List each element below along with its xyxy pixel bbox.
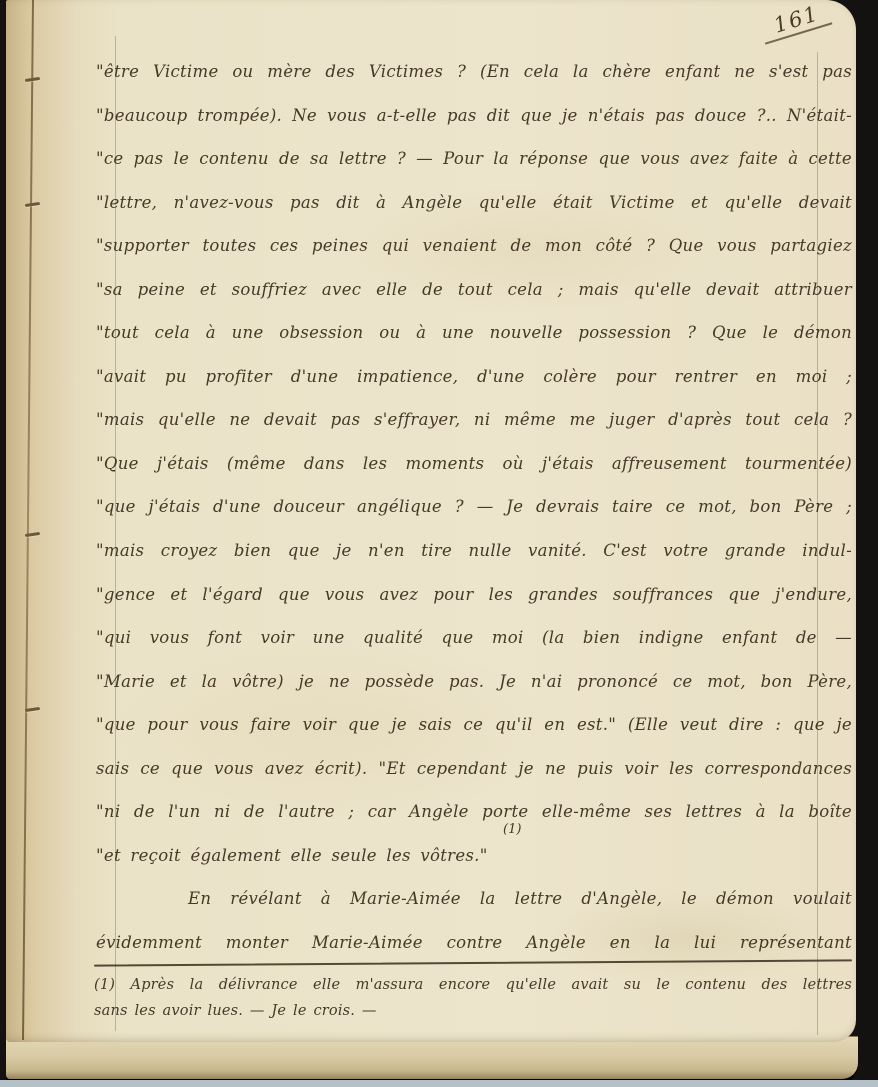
manuscript-line: "que pour vous faire voir que je sais ce…	[96, 703, 852, 747]
manuscript-line: "tout cela à une obsession ou à une nouv…	[96, 311, 852, 355]
desk-surface	[0, 1080, 878, 1087]
manuscript-line: "sa peine et souffriez avec elle de tout…	[96, 268, 852, 312]
stitch-mark	[25, 532, 40, 537]
manuscript-line: sais ce que vous avez écrit). "Et cepend…	[96, 747, 852, 791]
stitch-mark	[25, 202, 40, 207]
manuscript-line: "mais croyez bien que je n'en tire nulle…	[96, 529, 852, 573]
page-edge-band	[6, 1036, 858, 1079]
photographed-notebook-scene: { "page": { "number": "161", "footnote_m…	[0, 0, 878, 1087]
manuscript-line: "qui vous font voir une qualité que moi …	[96, 616, 852, 660]
manuscript-line: évidemment monter Marie-Aimée contre Ang…	[96, 921, 852, 965]
manuscript-line: "gence et l'égard que vous avez pour les…	[96, 573, 852, 617]
manuscript-line: "ce pas le contenu de sa lettre ? — Pour…	[96, 137, 852, 181]
manuscript-line: "mais qu'elle ne devait pas s'effrayer, …	[96, 398, 852, 442]
manuscript-line: "Marie et la vôtre) je ne possède pas. J…	[96, 660, 852, 704]
manuscript-line: "Que j'étais (même dans les moments où j…	[96, 442, 852, 486]
binding-crease	[22, 0, 34, 1040]
footnote-marker: (1)	[503, 822, 521, 837]
footnote-line: sans les avoir lues. — Je le crois. —	[94, 998, 852, 1024]
manuscript-line: "lettre, n'avez-vous pas dit à Angèle qu…	[96, 181, 852, 225]
manuscript-line: "beaucoup trompée). Ne vous a-t-elle pas…	[96, 94, 852, 138]
manuscript-line: "et reçoit également elle seule les vôtr…	[96, 834, 852, 878]
manuscript-line: "être Victime ou mère des Victimes ? (En…	[96, 50, 852, 94]
footnote-line: (1) Après la délivrance elle m'assura en…	[94, 972, 852, 998]
manuscript-line: "supporter toutes ces peines qui venaien…	[96, 224, 852, 268]
footnote-text: (1) Après la délivrance elle m'assura en…	[94, 972, 852, 1024]
manuscript-line: "que j'étais d'une douceur angélique ? —…	[96, 485, 852, 529]
manuscript-line: "ni de l'un ni de l'autre ; car Angèle p…	[96, 790, 852, 834]
manuscript-line: En révélant à Marie-Aimée la lettre d'An…	[96, 877, 852, 921]
page-number: 161	[757, 0, 832, 45]
stitch-mark	[25, 707, 40, 712]
manuscript-line: "avait pu profiter d'une impatience, d'u…	[96, 355, 852, 399]
manuscript-text: "être Victime ou mère des Victimes ? (En…	[96, 50, 852, 964]
manuscript-page: 161 "être Victime ou mère des Victimes ?…	[6, 0, 856, 1042]
